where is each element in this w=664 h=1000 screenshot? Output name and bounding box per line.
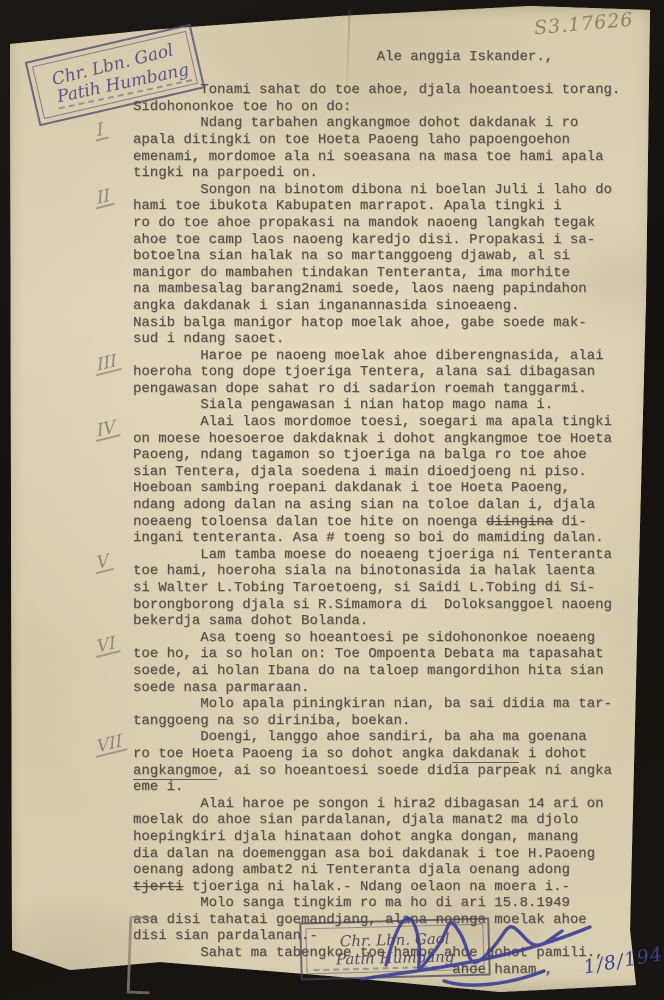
ink-signature	[348, 893, 598, 998]
letter-line: Songon na binotom dibona ni boelan Juli …	[133, 182, 661, 199]
paragraph: I Ndang tarbahen angkangmoe dohot dakdan…	[133, 115, 661, 181]
margin-marker-i: I	[94, 122, 108, 142]
letter-line: Nasib balga manigor hatop moelak ahoe, g…	[133, 315, 661, 332]
letter-line: ndang adong dalan na asing sian na toloe…	[133, 497, 661, 514]
underlined-word: dakdanak	[452, 746, 519, 763]
letter-line: na mambesalag barang2nami soede, laos na…	[133, 281, 661, 298]
letter-line: ahoe toe camp laos naoeng karedjo disi. …	[133, 232, 661, 249]
letter-line: hoeroha tong dope tjoeriga Tentera, alan…	[133, 364, 661, 381]
letter-line: emenami, mordomoe ala ni soeasana na mas…	[133, 149, 661, 166]
letter-line: Siala pengawasan i nian hatop mago nama …	[133, 397, 661, 414]
letter-line: angka dakdanak i sian inganannasida sino…	[133, 298, 661, 315]
letter-line	[133, 66, 661, 83]
letter-line: Paoeng, ndang tagamon so tjoeriga na bal…	[133, 447, 661, 464]
letter-line: on moese hoesoeroe dakdaknak i dohot ang…	[133, 431, 661, 448]
letter-line: botoelna sian halak na so martanggoeng d…	[133, 248, 661, 265]
letter-line: tanggoeng na so diriniba, boekan.	[133, 713, 661, 730]
paragraph: III Haroe pe naoeng moelak ahoe dibereng…	[133, 348, 661, 414]
letter-line: pengawasan dope sahat ro di sadarion roe…	[133, 381, 661, 398]
letter-line: tingki na parpoedi on.	[133, 165, 661, 182]
struck-word: tjerti	[133, 879, 183, 895]
typewritten-letter-body: Ale anggia Iskander., Tonami sahat do to…	[133, 49, 661, 978]
letter-line: toe ho, ia so holan on: Toe Ompoenta Deb…	[133, 646, 661, 663]
letter-line: Hoeboan sambing roepani dakdanak i toe H…	[133, 480, 661, 497]
letter-line: Asa toeng so hoeantoesi pe sidohononkoe …	[133, 630, 661, 647]
paragraph: VI Asa toeng so hoeantoesi pe sidohononk…	[133, 630, 661, 730]
letter-line: hami toe ibukota Kabupaten marrapot. Apa…	[133, 198, 661, 215]
letter-line: sian Tentera, djala soedena i main dioed…	[133, 464, 661, 481]
letter-line: Ndang tarbahen angkangmoe dohot dakdanak…	[133, 115, 661, 132]
letter-line: soede nasa parmaraan.	[133, 680, 661, 697]
letter-line: noeaeng toloensa dalan toe hite on noeng…	[133, 514, 661, 531]
letter-line: Alai laos mordomoe toesi, soegari ma apa…	[133, 414, 661, 431]
letter-line: toe hami, hoeroha siala na binotonasida …	[133, 563, 661, 580]
letter-line: Tonami sahat do toe ahoe, djala hoeantoe…	[133, 82, 661, 99]
letter-line: moelak do ahoe sian pardalanan, djala ma…	[133, 812, 661, 829]
letter-line: borongborong djala si R.Simamora di Dolo…	[133, 597, 661, 614]
letter-line: bekerdja sama dohot Bolanda.	[133, 613, 661, 630]
letter-line: Molo apala piningkiran nian, ba sai didi…	[133, 696, 661, 713]
letter-line: ingani tenteranta. Asa # toeng so boi do…	[133, 530, 661, 547]
letter-line: Lam tamba moese do noeaeng tjoeriga ni T…	[133, 547, 661, 564]
letter-line: eme i.	[133, 779, 661, 796]
letter-line: ro do toe ahoe propakasi na mandok naoen…	[133, 215, 661, 232]
pencil-bracket	[127, 916, 153, 995]
paragraph: Alai haroe pe songon i hira2 dibagasan 1…	[133, 796, 661, 896]
paragraph: VII Doengi, langgo ahoe sandiri, ba aha …	[133, 729, 661, 795]
underlined-word: angkangmoe	[133, 763, 217, 780]
paragraph: II Songon na binotom dibona ni boelan Ju…	[133, 182, 661, 348]
paragraph: V Lam tamba moese do noeaeng tjoeriga ni…	[133, 547, 661, 630]
letter-line: si Walter L.Tobing Taroetoeng, si Saidi …	[133, 580, 661, 597]
letter-line: Sidohononkoe toe ho on do:	[133, 99, 661, 116]
letter-line: hoepingkiri djala hinataan dohot angka d…	[133, 829, 661, 846]
letter-line: Doengi, langgo ahoe sandiri, ba aha ma g…	[133, 729, 661, 746]
letter-line: Haroe pe naoeng moelak ahoe diberengnasi…	[133, 348, 661, 365]
letter-line: dia dalan na doemenggan asa boi dakdanak…	[133, 846, 661, 863]
letter-line: Alai haroe pe songon i hira2 dibagasan 1…	[133, 796, 661, 813]
paragraph: Tonami sahat do toe ahoe, djala hoeantoe…	[133, 82, 661, 115]
paragraph: IV Alai laos mordomoe toesi, soegari ma …	[133, 414, 661, 547]
letter-line: ro toe Hoeta Paoeng ia so dohot angka da…	[133, 746, 661, 763]
letter-line: Ale anggia Iskander.,	[133, 49, 661, 66]
paragraph: Ale anggia Iskander.,	[133, 49, 661, 82]
letter-line: sud i ndang saoet.	[133, 331, 661, 348]
letter-line: soede, ai holan Ibana do na taloep mango…	[133, 663, 661, 680]
letter-line: apala ditingki on toe Hoeta Paoeng laho …	[133, 132, 661, 149]
letter-line: oenang adong ambat2 ni Tenteranta djala …	[133, 862, 661, 879]
letter-line: angkangmoe, ai so hoeantoesi soede didia…	[133, 763, 661, 780]
scanned-letter-page: S3.17626 Chr. Lbn. Gaol Patih Humbang Al…	[0, 0, 664, 1000]
letter-line: manigor do mambahen tindakan Tenteranta,…	[133, 265, 661, 282]
struck-word: diingina	[486, 514, 553, 530]
